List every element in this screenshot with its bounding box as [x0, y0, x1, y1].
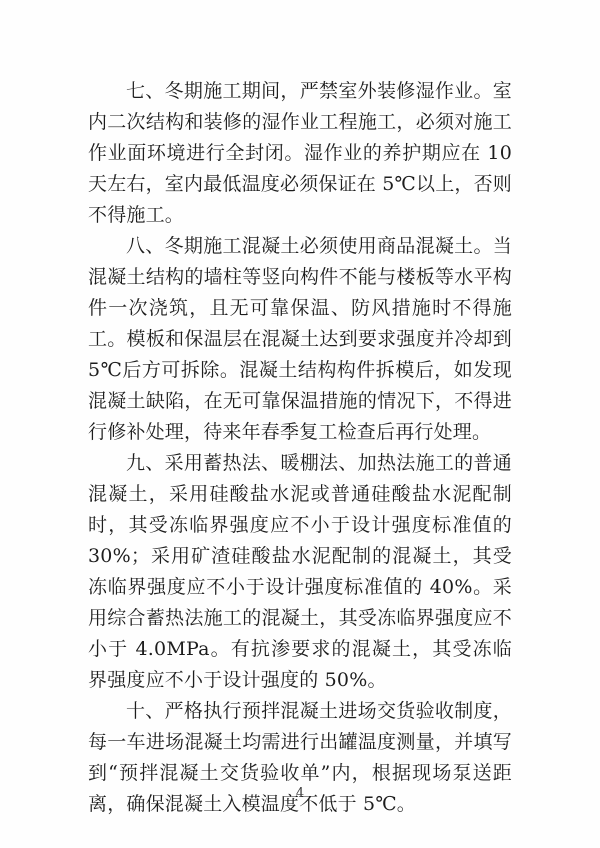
- document-page: 七、冬期施工期间，严禁室外装修湿作业。室内二次结构和装修的湿作业工程施工，必须对…: [0, 0, 600, 848]
- paragraph-item-9: 九、采用蓄热法、暖棚法、加热法施工的普通混凝土，采用硅酸盐水泥或普通硅酸盐水泥配…: [88, 448, 512, 696]
- document-body: 七、冬期施工期间，严禁室外装修湿作业。室内二次结构和装修的湿作业工程施工，必须对…: [88, 76, 512, 820]
- page-footer: 4: [0, 782, 600, 802]
- page-number: 4: [296, 786, 304, 802]
- paragraph-item-8: 八、冬期施工混凝土必须使用商品混凝土。当混凝土结构的墙柱等竖向构件不能与楼板等水…: [88, 231, 512, 448]
- paragraph-item-7: 七、冬期施工期间，严禁室外装修湿作业。室内二次结构和装修的湿作业工程施工，必须对…: [88, 76, 512, 231]
